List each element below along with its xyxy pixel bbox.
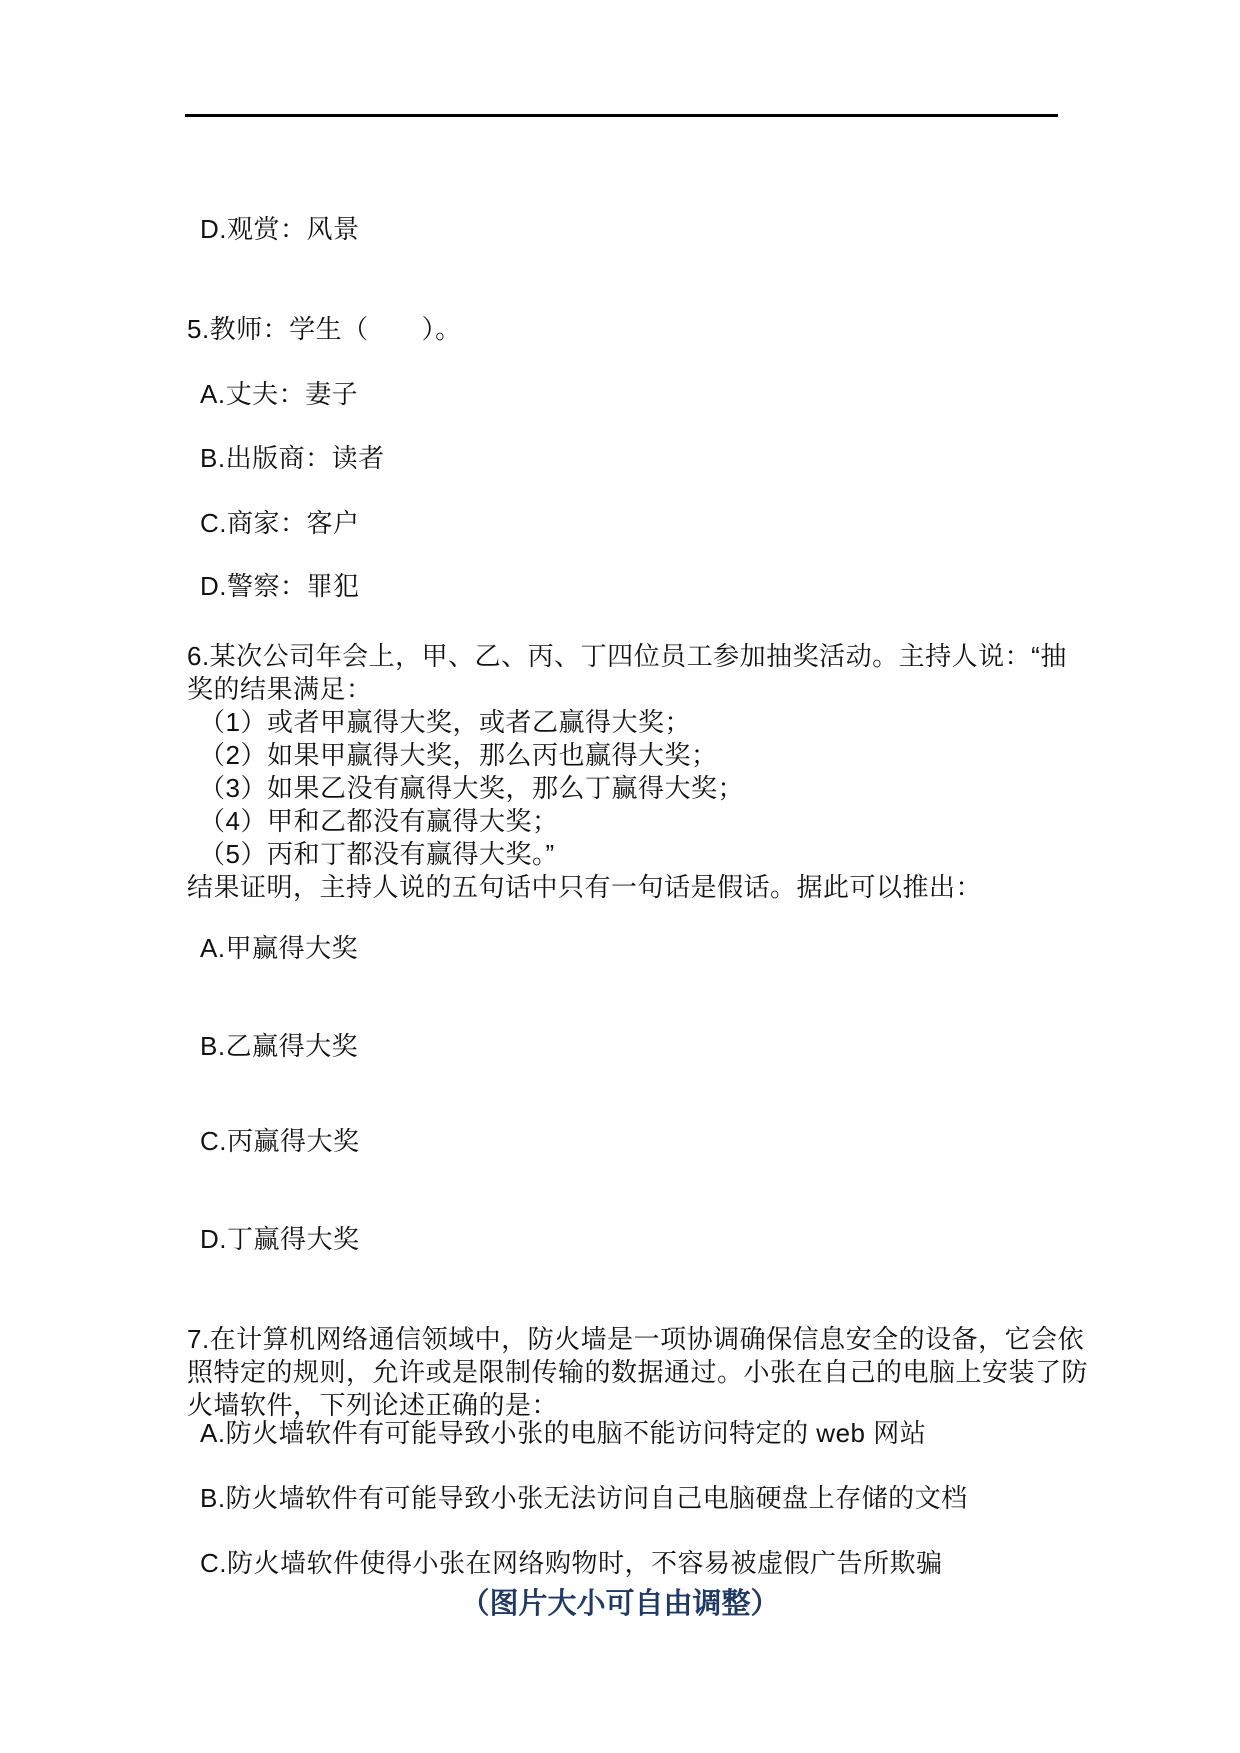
q6-stem-line-1: 6.某次公司年会上，甲、乙、丙、丁四位员工参加抽奖活动。主持人说：“抽 — [187, 640, 1067, 673]
q6-stem-paragraph: 6.某次公司年会上，甲、乙、丙、丁四位员工参加抽奖活动。主持人说：“抽 奖的结果… — [187, 640, 1067, 904]
q7-stem-paragraph: 7.在计算机网络通信领域中，防火墙是一项协调确保信息安全的设备，它会依 照特定的… — [187, 1323, 1088, 1422]
q6-option-a: A.甲赢得大奖 — [200, 932, 358, 965]
q5-option-a: A.丈夫：妻子 — [200, 378, 358, 411]
q6-stem-line-2: 奖的结果满足： — [187, 673, 1067, 706]
q6-conclusion: 结果证明，主持人说的五句话中只有一句话是假话。据此可以推出： — [187, 871, 1067, 904]
q6-condition-2: （2）如果甲赢得大奖，那么丙也赢得大奖； — [187, 739, 1067, 772]
q7-option-c: C.防火墙软件使得小张在网络购物时，不容易被虚假广告所欺骗 — [200, 1547, 943, 1580]
q5-option-b: B.出版商：读者 — [200, 442, 385, 475]
q6-condition-1: （1）或者甲赢得大奖，或者乙赢得大奖； — [187, 706, 1067, 739]
q4-option-d: D.观赏：风景 — [200, 213, 360, 246]
q7-stem-line-2: 照特定的规则，允许或是限制传输的数据通过。小张在自己的电脑上安装了防 — [187, 1356, 1088, 1389]
q7-option-a: A.防火墙软件有可能导致小张的电脑不能访问特定的 web 网站 — [200, 1417, 926, 1450]
q6-condition-4: （4）甲和乙都没有赢得大奖； — [187, 805, 1067, 838]
q5-option-d: D.警察：罪犯 — [200, 570, 360, 603]
q6-option-c: C.丙赢得大奖 — [200, 1125, 360, 1158]
footer-note: （图片大小可自由调整） — [0, 1585, 1240, 1623]
document-page: D.观赏：风景 5.教师：学生（ ）。 A.丈夫：妻子 B.出版商：读者 C.商… — [0, 0, 1240, 1753]
q5-option-c: C.商家：客户 — [200, 507, 360, 540]
q7-stem-line-1: 7.在计算机网络通信领域中，防火墙是一项协调确保信息安全的设备，它会依 — [187, 1323, 1088, 1356]
q6-option-d: D.丁赢得大奖 — [200, 1223, 360, 1256]
q6-condition-5: （5）丙和丁都没有赢得大奖。” — [187, 838, 1067, 871]
q6-condition-3: （3）如果乙没有赢得大奖，那么丁赢得大奖； — [187, 772, 1067, 805]
q7-option-b: B.防火墙软件有可能导致小张无法访问自己电脑硬盘上存储的文档 — [200, 1482, 968, 1515]
q5-stem: 5.教师：学生（ ）。 — [187, 313, 462, 346]
top-rule — [185, 114, 1058, 117]
q6-option-b: B.乙赢得大奖 — [200, 1030, 358, 1063]
